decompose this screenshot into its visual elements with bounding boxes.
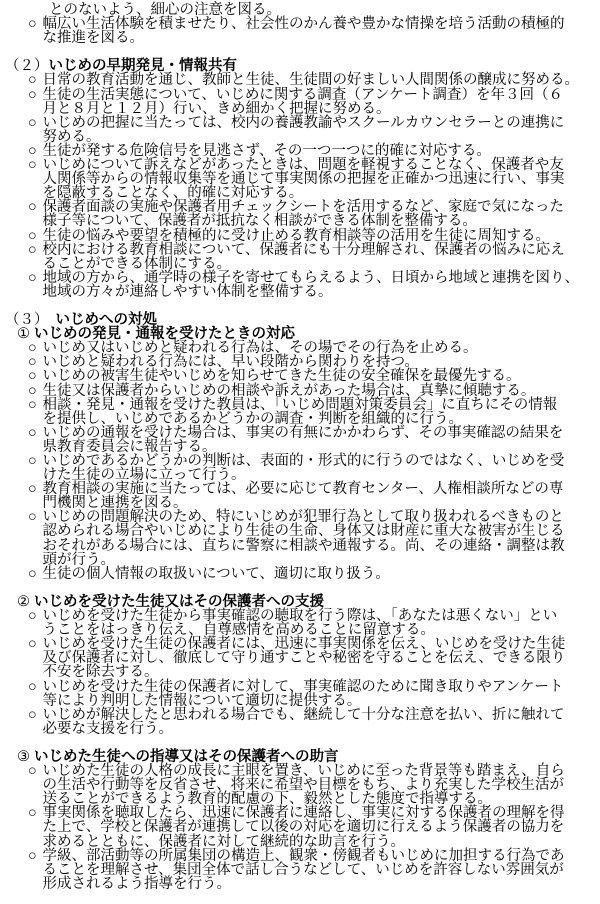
- text-line: いじめを受けた生徒から事実確認の聴取を行う際は、「あなたは悪くない」とい: [43, 609, 558, 623]
- text-line: おそれがある場合には、直ちに警察に相談や通報する。尚、その連絡・調整は教: [43, 539, 565, 553]
- text-line: いじめについて訴えなどがあったときは、問題を軽視することなく、保護者や友: [43, 158, 565, 172]
- bullet-item: ○地域の方から、通学時の様子を寄せてもらえるよう、日頃から地域と連携を図り、地域…: [0, 271, 600, 299]
- bullet-text: いじめを受けた生徒の保護者には、迅速に事実関係を伝え、いじめを受けた生徒及び保護…: [43, 637, 566, 679]
- text-line: 生徒が発する危険信号を見逃さず、その一つ一つに的確に対応する。: [43, 144, 491, 158]
- circle-bullet-marker: ○: [28, 88, 43, 102]
- bullet-text: 校内における教育相談について、保護者にも十分理解され、保護者の悩みに応えることが…: [43, 243, 565, 271]
- bullet-item: ○生徒又は保護者からいじめの相談や訴えがあった場合は、真摯に傾聴する。: [0, 384, 600, 398]
- bullet-item: ○いじめであるかどうかの判断は、表面的・形式的に行うのではなく、いじめを受けた生…: [0, 454, 600, 482]
- circle-bullet-marker: ○: [28, 510, 43, 524]
- text-line: を提供し、いじめであるかどうかの調査・判断を組織的に行う。: [43, 412, 558, 426]
- text-line: 生徒の悩みや要望を積極的に受け止める教育相談等の活用を生徒に周知する。: [43, 229, 551, 243]
- bullet-text: 生徒の個人情報の取扱いについて、適切に取り扱う。: [43, 567, 390, 581]
- text-line: いじめであるかどうかの判断は、表面的・形式的に行うのではなく、いじめを受: [43, 454, 565, 468]
- bullet-text: 教育相談の実施に当たっては、必要に応じて教育センター、人権相談所などの専門機関と…: [43, 482, 564, 510]
- circle-bullet-marker: ○: [28, 609, 43, 623]
- circle-bullet-marker: ○: [28, 680, 43, 694]
- bullet-text: いじめであるかどうかの判断は、表面的・形式的に行うのではなく、いじめを受けた生徒…: [43, 454, 565, 482]
- text-line: いじめが解決したと思われる場合でも、継続して十分な注意を払い、折に触れて: [43, 708, 565, 722]
- circle-bullet-marker: ○: [28, 849, 43, 863]
- text-line: 認められる場合やいじめにより生徒の生命、身体又は財産に重大な被害が生じる: [43, 524, 565, 538]
- text-line: 県教育委員会に報告する。: [43, 440, 564, 454]
- heading-number: （２）: [5, 58, 49, 74]
- bullet-item: ○いじめの問題解決のため、特にいじめが犯罪行為として取り扱われるべきものと認めら…: [0, 510, 600, 566]
- bullet-text: いじめを受けた生徒の保護者に対して、事実確認のために聞き取りやアンケート等により…: [43, 680, 564, 708]
- circle-bullet-marker: ○: [28, 144, 43, 158]
- circle-bullet-marker: ○: [28, 482, 43, 496]
- bullet-text: いじめの把握に当たっては、校内の養護教諭やスクールカウンセラーとの連携に努める。: [43, 116, 565, 144]
- subsection-heading: ③いじめた生徒への指導又はその保護者への助言: [0, 750, 600, 764]
- text-line: 学級、部活動等の所属集団の構造上、観衆・傍観者もいじめに加担する行為であ: [43, 849, 565, 863]
- circle-bullet-marker: ○: [28, 567, 43, 581]
- circle-bullet-marker: ○: [28, 398, 43, 412]
- text-line: 不安を除去する。: [43, 665, 566, 679]
- circle-bullet-marker: ○: [28, 116, 43, 130]
- text-line: 努める。: [43, 130, 565, 144]
- bullet-text: 学級、部活動等の所属集団の構造上、観衆・傍観者もいじめに加担する行為であることを…: [43, 849, 565, 891]
- text-line: 生徒又は保護者からいじめの相談や訴えがあった場合は、真摯に傾聴する。: [43, 384, 536, 398]
- circle-bullet-marker: ○: [28, 341, 43, 355]
- bullet-item: ○生徒の生活実態について、いじめに関する調査（アンケート調査）を年３回（６月と８…: [0, 88, 600, 116]
- circle-bullet-marker: ○: [28, 73, 43, 87]
- circle-bullet-marker: ○: [28, 426, 43, 440]
- circle-bullet-marker: ○: [28, 158, 43, 172]
- circle-bullet-marker: ○: [28, 200, 43, 214]
- bullet-text: 生徒が発する危険信号を見逃さず、その一つ一つに的確に対応する。: [43, 144, 491, 158]
- circle-bullet-marker: ○: [28, 637, 43, 651]
- text-line: 頭が行う。: [43, 553, 565, 567]
- bullet-item: ○いじめが解決したと思われる場合でも、継続して十分な注意を払い、折に触れて必要な…: [0, 708, 600, 736]
- text-line: 地域の方から、通学時の様子を寄せてもらえるよう、日頃から地域と連携を図り、: [43, 271, 580, 285]
- text-line: 必要な支援を行う。: [43, 722, 565, 736]
- text-line: いじめを受けた生徒の保護者に対して、事実確認のために聞き取りやアンケート: [43, 680, 564, 694]
- bullet-text: 生徒又は保護者からいじめの相談や訴えがあった場合は、真摯に傾聴する。: [43, 384, 536, 398]
- text-line: 生徒の個人情報の取扱いについて、適切に取り扱う。: [43, 567, 390, 581]
- text-line: とのないよう、細心の注意を図る。: [0, 3, 600, 17]
- bullet-item: ○いじめの把握に当たっては、校内の養護教諭やスクールカウンセラーとの連携に努める…: [0, 116, 600, 144]
- blank-line: [0, 736, 600, 750]
- bullet-text: いじめた生徒の人格の成長に主眼を置き、いじめに至った背景等も踏まえ、自らの生活や…: [43, 764, 565, 806]
- bullet-item: ○いじめを受けた生徒から事実確認の聴取を行う際は、「あなたは悪くない」ということ…: [0, 609, 600, 637]
- bullet-item: ○生徒の個人情報の取扱いについて、適切に取り扱う。: [0, 567, 600, 581]
- text-line: 形成されるよう指導を行う。: [43, 877, 565, 891]
- bullet-text: いじめが解決したと思われる場合でも、継続して十分な注意を払い、折に触れて必要な支…: [43, 708, 565, 736]
- bullet-text: 地域の方から、通学時の様子を寄せてもらえるよう、日頃から地域と連携を図り、地域の…: [43, 271, 580, 299]
- bullet-item: ○いじめを受けた生徒の保護者に対して、事実確認のために聞き取りやアンケート等によ…: [0, 680, 600, 708]
- bullet-text: 生徒の生活実態について、いじめに関する調査（アンケート調査）を年３回（６月と８月…: [43, 88, 564, 116]
- blank-line: [0, 581, 600, 595]
- text-line: いじめの把握に当たっては、校内の養護教諭やスクールカウンセラーとの連携に: [43, 116, 565, 130]
- circle-bullet-marker: ○: [28, 764, 43, 778]
- text-line: 地域の方々が連絡しやすい体制を整備する。: [43, 285, 580, 299]
- circle-bullet-marker: ○: [28, 229, 43, 243]
- bullet-item: ○いじめを受けた生徒の保護者には、迅速に事実関係を伝え、いじめを受けた生徒及び保…: [0, 637, 600, 679]
- bullet-item: ○いじめの通報を受けた場合は、事実の有無にかかわらず、その事実確認の結果を県教育…: [0, 426, 600, 454]
- circle-bullet-marker: ○: [28, 271, 43, 285]
- text-line: 等により判明した情報について適切に提供する。: [43, 694, 564, 708]
- subsection-heading: ②いじめを受けた生徒又はその保護者への支援: [0, 595, 600, 609]
- bullet-item: ○教育相談の実施に当たっては、必要に応じて教育センター、人権相談所などの専門機関…: [0, 482, 600, 510]
- text-line: ることを理解させ、集団全体で話し合うなどして、いじめを許容しない雰囲気が: [43, 863, 565, 877]
- circle-bullet-marker: ○: [28, 243, 43, 257]
- circle-bullet-marker: ○: [28, 708, 43, 722]
- bullet-item: ○日常の教育活動を通じ、教師と生徒、生徒間の好ましい人間関係の醸成に努める。: [0, 73, 600, 87]
- circle-bullet-marker: ○: [28, 454, 43, 468]
- circle-bullet-marker: ○: [28, 369, 43, 383]
- bullet-item: ○生徒の悩みや要望を積極的に受け止める教育相談等の活用を生徒に周知する。: [0, 229, 600, 243]
- text-line: 求めるとともに、保護者に対して継続的な助言を行う。: [43, 835, 565, 849]
- bullet-item: ○事実関係を聴取したら、迅速に保護者に連絡し、事実に対する保護者の理解を得た上で…: [0, 806, 600, 848]
- circle-bullet-marker: ○: [28, 384, 43, 398]
- bullet-item: ○相談・発見・通報を受けた教員は、「いじめ問題対策委員会」に直ちにその情報を提供…: [0, 398, 600, 426]
- circle-bullet-marker: ○: [28, 17, 43, 31]
- bullet-text: 幅広い生活体験を積ませたり、社会性のかん養や豊かな情操を培う活動の積極的な推進を…: [43, 17, 565, 45]
- bullet-item: ○いじめの被害生徒やいじめを知らせてきた生徒の安全確保を最優先する。: [0, 369, 600, 383]
- text-line: いじめの被害生徒やいじめを知らせてきた生徒の安全確保を最優先する。: [43, 369, 521, 383]
- bullet-text: 相談・発見・通報を受けた教員は、「いじめ問題対策委員会」に直ちにその情報を提供し…: [43, 398, 558, 426]
- text-line: た上で、学校と保護者が連携して以後の対応を適切に行えるよう保護者の協力を: [43, 820, 565, 834]
- bullet-text: 事実関係を聴取したら、迅速に保護者に連絡し、事実に対する保護者の理解を得た上で、…: [43, 806, 565, 848]
- text-line: 生徒の生活実態について、いじめに関する調査（アンケート調査）を年３回（６: [43, 88, 564, 102]
- circle-bullet-marker: ○: [28, 355, 43, 369]
- text-line: 様子等について、保護者が抵抗なく相談ができる体制を整備する。: [43, 214, 565, 228]
- bullet-text: 日常の教育活動を通じ、教師と生徒、生徒間の好ましい人間関係の醸成に努める。: [43, 73, 580, 87]
- bullet-text: 生徒の悩みや要望を積極的に受け止める教育相談等の活用を生徒に周知する。: [43, 229, 551, 243]
- bullet-item: ○幅広い生活体験を積ませたり、社会性のかん養や豊かな情操を培う活動の積極的な推進…: [0, 17, 600, 45]
- bullet-text: いじめの通報を受けた場合は、事実の有無にかかわらず、その事実確認の結果を県教育委…: [43, 426, 564, 454]
- document-page: とのないよう、細心の注意を図る。○幅広い生活体験を積ませたり、社会性のかん養や豊…: [0, 0, 600, 904]
- bullet-item: ○学級、部活動等の所属集団の構造上、観衆・傍観者もいじめに加担する行為であること…: [0, 849, 600, 891]
- circle-bullet-marker: ○: [28, 806, 43, 820]
- text-line: な推進を図る。: [43, 31, 565, 45]
- bullet-text: いじめの被害生徒やいじめを知らせてきた生徒の安全確保を最優先する。: [43, 369, 521, 383]
- bullet-text: いじめの問題解決のため、特にいじめが犯罪行為として取り扱われるべきものと認められ…: [43, 510, 565, 566]
- text-line: 日常の教育活動を通じ、教師と生徒、生徒間の好ましい人間関係の醸成に努める。: [43, 73, 580, 87]
- bullet-text: 保護者面談の実施や保護者用チェックシートを活用するなど、家庭で気になった様子等に…: [43, 200, 565, 228]
- text-line: 月と８月と１２月）行い、きめ細かく把握に努める。: [43, 102, 564, 116]
- text-line: 相談・発見・通報を受けた教員は、「いじめ問題対策委員会」に直ちにその情報: [43, 398, 558, 412]
- text-line: ることができる体制にする。: [43, 257, 565, 271]
- bullet-item: ○いじめについて訴えなどがあったときは、問題を軽視することなく、保護者や友人関係…: [0, 158, 600, 200]
- bullet-item: ○いじめた生徒の人格の成長に主眼を置き、いじめに至った背景等も踏まえ、自らの生活…: [0, 764, 600, 806]
- bullet-text: いじめを受けた生徒から事実確認の聴取を行う際は、「あなたは悪くない」ということを…: [43, 609, 558, 637]
- blank-line: [0, 299, 600, 313]
- bullet-item: ○生徒が発する危険信号を見逃さず、その一つ一つに的確に対応する。: [0, 144, 600, 158]
- text-line: いじめの通報を受けた場合は、事実の有無にかかわらず、その事実確認の結果を: [43, 426, 564, 440]
- document-body: とのないよう、細心の注意を図る。○幅広い生活体験を積ませたり、社会性のかん養や豊…: [0, 3, 600, 891]
- bullet-item: ○校内における教育相談について、保護者にも十分理解され、保護者の悩みに応えること…: [0, 243, 600, 271]
- bullet-item: ○保護者面談の実施や保護者用チェックシートを活用するなど、家庭で気になった様子等…: [0, 200, 600, 228]
- bullet-text: いじめについて訴えなどがあったときは、問題を軽視することなく、保護者や友人関係等…: [43, 158, 565, 200]
- text-line: 校内における教育相談について、保護者にも十分理解され、保護者の悩みに応え: [43, 243, 565, 257]
